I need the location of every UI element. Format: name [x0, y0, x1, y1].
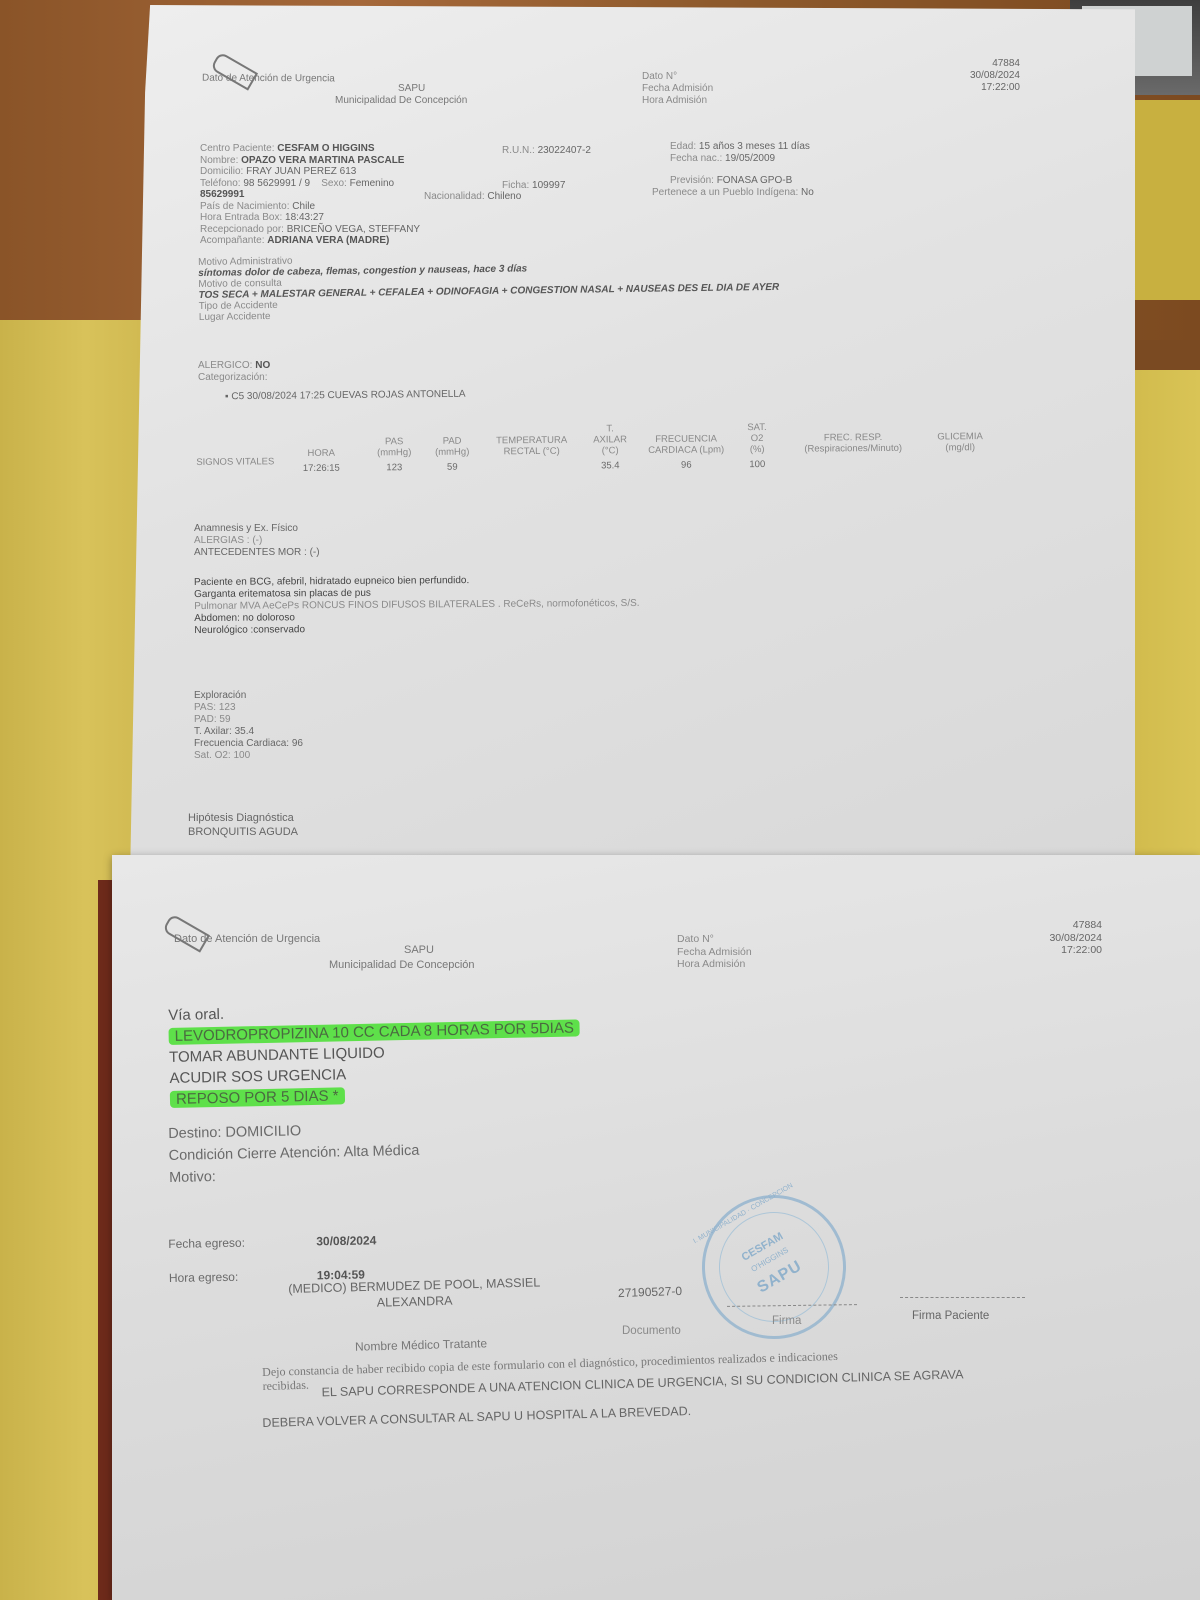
diagnosis-title: Hipótesis Diagnóstica: [188, 811, 298, 825]
dato-label: Dato N°: [677, 933, 752, 946]
municipality-name: Municipalidad De Concepción: [329, 959, 475, 971]
firma-label: Firma: [772, 1315, 801, 1327]
run-value: 23022407-2: [538, 145, 591, 156]
allergy-info: ALERGICO: NO Categorización:: [198, 360, 270, 384]
fecha-egreso-value: 30/08/2024: [316, 1223, 377, 1258]
fecha-nac-label: Fecha nac.:: [670, 153, 722, 164]
vitals-cell: 96: [635, 455, 737, 471]
alergico-label: ALERGICO:: [198, 360, 252, 371]
hora-entrada-label: Hora Entrada Box:: [200, 212, 282, 223]
acompanante-value: ADRIANA VERA (MADRE): [267, 235, 389, 246]
admission-meta-labels: Dato N° Fecha Admisión Hora Admisión: [677, 933, 752, 971]
pais-label: País de Nacimiento:: [200, 201, 290, 212]
diagnosis-section: Hipótesis Diagnóstica BRONQUITIS AGUDA: [188, 811, 298, 839]
vital-signs-table: SIGNOS VITALES HORA PAS (mmHg) PAD (mmHg…: [190, 420, 991, 475]
hora-entrada-value: 18:43:27: [285, 212, 324, 223]
patient-demographics: Edad: 15 años 3 meses 11 días Fecha nac.…: [670, 141, 814, 198]
acompanante-label: Acompañante:: [200, 235, 265, 246]
anamnesis-alergias: ALERGIAS : (-): [194, 535, 320, 547]
condicion-value: Alta Médica: [343, 1143, 419, 1161]
consultation-reason: Motivo Administrativo síntomas dolor de …: [198, 249, 780, 323]
hora-admision-label: Hora Admisión: [677, 958, 752, 971]
patient-ids: R.U.N.: 23022407-2 Ficha: 109997 Naciona…: [502, 145, 591, 203]
prescription-instructions: Vía oral. LEVODROPROPIZINA 10 CC CADA 8 …: [168, 996, 581, 1110]
warning-text: EL SAPU CORRESPONDE A UNA ATENCION CLINI…: [262, 1389, 905, 1437]
exploracion-section: Exploración PAS: 123 PAD: 59 T. Axilar: …: [194, 690, 303, 762]
destino-label: Destino:: [168, 1125, 222, 1142]
hora-admision: 17:22:00: [1017, 944, 1102, 957]
categorizacion-text: C5 30/08/2024 17:25 CUEVAS ROJAS ANTONEL…: [231, 389, 465, 402]
alergico-value: NO: [255, 360, 270, 371]
fecha-admision-label: Fecha Admisión: [642, 83, 713, 95]
vitals-header: FREC. RESP. (Respiraciones/Minuto): [777, 421, 929, 455]
sapu-stamp: I. MUNICIPALIDAD · CONCEPCION CESFAM O'H…: [676, 1169, 873, 1366]
admission-meta-values: 47884 30/08/2024 17:22:00: [1017, 919, 1102, 957]
physical-exam: Paciente en BCG, afebril, hidratado eupn…: [194, 574, 640, 637]
discharge-info: Fecha egreso:30/08/2024 Hora egreso:19:0…: [168, 1226, 246, 1295]
motivo-label: Motivo:: [169, 1162, 420, 1189]
centro-label: Centro Paciente:: [200, 143, 275, 154]
patient-name: OPAZO VERA MARTINA PASCALE: [241, 155, 404, 166]
pueblo-value: No: [801, 187, 814, 198]
centro-value: CESFAM O HIGGINS: [277, 143, 374, 154]
vitals-header: TEMPERATURA RECTAL (°C): [478, 424, 585, 458]
recepcionado-value: BRICEÑO VEGA, STEFFANY: [287, 224, 420, 235]
vitals-cell: 35.4: [585, 456, 635, 471]
hora-admision-label: Hora Admisión: [642, 95, 713, 107]
anamnesis-title: Anamnesis y Ex. Físico: [194, 523, 320, 535]
anamnesis-antecedentes: ANTECEDENTES MOR : (-): [194, 547, 320, 559]
dato-number: 47884: [958, 58, 1020, 70]
vitals-row-label: SIGNOS VITALES: [190, 426, 280, 475]
edad-value: 15 años 3 meses 11 días: [699, 141, 810, 152]
nombre-label: Nombre:: [200, 155, 238, 166]
exploracion-line: T. Axilar: 35.4: [194, 726, 303, 738]
form-title: Dato de Atención de Urgencia: [202, 73, 335, 85]
closure-info: Destino: DOMICILIO Condición Cierre Aten…: [168, 1118, 420, 1189]
vitals-header: T. AXILAR (°C): [585, 423, 635, 456]
documento-label: Documento: [622, 1325, 681, 1337]
vitals-header: PAD (mmHg): [426, 424, 478, 457]
ficha-value: 109997: [532, 180, 565, 191]
instruction-highlighted: REPOSO POR 5 DIAS *: [170, 1087, 345, 1108]
domicilio-label: Domicilio:: [200, 166, 243, 177]
exam-line: Neurológico :conservado: [194, 622, 639, 637]
exploracion-line: Frecuencia Cardiaca: 96: [194, 738, 303, 750]
fecha-admision: 30/08/2024: [1017, 932, 1102, 945]
exploracion-line: PAS: 123: [194, 702, 303, 714]
admission-meta-values: 47884 30/08/2024 17:22:00: [958, 58, 1020, 94]
vitals-cell: 123: [362, 458, 426, 474]
patient-signature-line: [900, 1297, 1025, 1298]
paperclip-icon: [210, 51, 258, 90]
nacionalidad-value: Chileno: [487, 191, 521, 202]
vitals-header: SAT. O2 (%): [737, 422, 777, 455]
exploracion-line: PAD: 59: [194, 714, 303, 726]
recepcionado-label: Recepcionado por:: [200, 224, 284, 235]
domicilio-value: FRAY JUAN PEREZ 613: [246, 166, 356, 177]
anamnesis-section: Anamnesis y Ex. Físico ALERGIAS : (-) AN…: [194, 523, 320, 559]
fecha-nac-value: 19/05/2009: [725, 153, 775, 164]
pueblo-label: Pertenece a un Pueblo Indígena:: [652, 187, 798, 198]
vitals-header: GLICEMIA (mg/dl): [929, 420, 991, 454]
doctor-document-id: 27190527-0: [618, 1284, 683, 1300]
vitals-cell: [777, 454, 929, 470]
diagnosis-value: BRONQUITIS AGUDA: [188, 825, 298, 839]
telefono-label: Teléfono:: [200, 178, 241, 189]
ficha-label: Ficha:: [502, 180, 529, 191]
patient-info: Centro Paciente: CESFAM O HIGGINS Nombre…: [200, 143, 420, 247]
prevision-label: Previsión:: [670, 175, 714, 186]
vitals-cell: 100: [737, 455, 777, 470]
document-page-2: Dato de Atención de Urgencia SAPU Munici…: [112, 855, 1200, 1600]
categorizacion-value: ▪ C5 30/08/2024 17:25 CUEVAS ROJAS ANTON…: [225, 389, 466, 403]
prevision-value: FONASA GPO-B: [717, 175, 793, 186]
edad-label: Edad:: [670, 141, 696, 152]
pais-value: Chile: [292, 201, 315, 212]
vitals-cell: 17:26:15: [280, 458, 362, 474]
hora-admision: 17:22:00: [958, 82, 1020, 94]
dato-label: Dato N°: [642, 71, 713, 83]
warning-line: DEBERA VOLVER A CONSULTAR AL SAPU U HOSP…: [262, 1398, 904, 1431]
hora-egreso-label: Hora egreso:: [169, 1270, 239, 1285]
sexo-value: Femenino: [350, 178, 394, 189]
destino-value: DOMICILIO: [225, 1123, 301, 1141]
exploracion-line: Sat. O2: 100: [194, 750, 303, 762]
dato-number: 47884: [1017, 919, 1102, 932]
sexo-label: Sexo:: [321, 178, 347, 189]
fecha-egreso-label: Fecha egreso:: [168, 1236, 245, 1251]
telefono-continued: 85629991: [200, 189, 420, 201]
vitals-cell: [929, 453, 991, 469]
firma-paciente-label: Firma Paciente: [912, 1310, 989, 1322]
run-label: R.U.N.:: [502, 145, 535, 156]
admission-meta-labels: Dato N° Fecha Admisión Hora Admisión: [642, 71, 713, 107]
doctor-name: (MEDICO) BERMUDEZ DE POOL, MASSIEL ALEXA…: [288, 1274, 541, 1313]
vitals-cell: [478, 457, 585, 473]
document-page-1: Dato de Atención de Urgencia SAPU Munici…: [130, 5, 1135, 880]
nombre-medico-label: Nombre Médico Tratante: [355, 1336, 487, 1353]
fecha-admision: 30/08/2024: [958, 70, 1020, 82]
org-name: SAPU: [404, 944, 434, 956]
form-title: Dato de Atención de Urgencia: [174, 933, 320, 945]
telefono-value: 98 5629991 / 9: [243, 178, 310, 189]
nacionalidad-label: Nacionalidad:: [424, 191, 485, 202]
condicion-label: Condición Cierre Atención:: [169, 1144, 341, 1164]
categorizacion-label: Categorización:: [198, 372, 270, 384]
vitals-cell: 59: [426, 457, 478, 472]
exploracion-title: Exploración: [194, 690, 303, 702]
vitals-header: PAS (mmHg): [362, 425, 426, 459]
fecha-admision-label: Fecha Admisión: [677, 946, 752, 959]
vitals-header: FRECUENCIA CARDIACA (Lpm): [635, 422, 737, 456]
org-name: SAPU: [398, 83, 425, 94]
municipality-name: Municipalidad De Concepción: [335, 95, 467, 106]
vitals-header: HORA: [280, 425, 362, 459]
